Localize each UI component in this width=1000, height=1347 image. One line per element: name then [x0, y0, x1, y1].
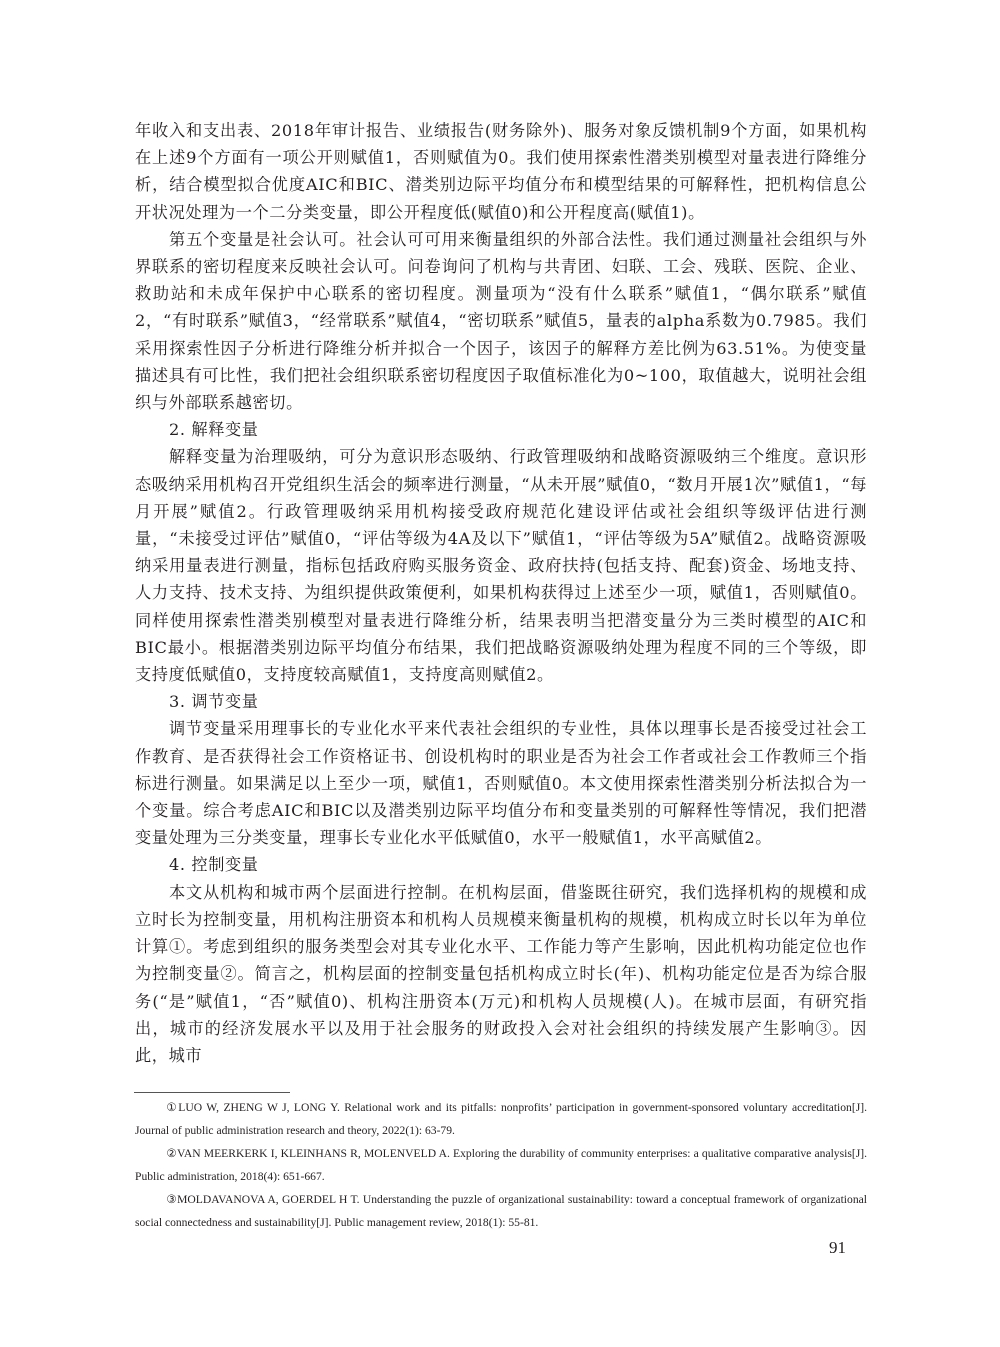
paragraph-information-disclosure: 年收入和支出表、2018年审计报告、业绩报告(财务除外)、服务对象反馈机制9个方…	[135, 117, 867, 226]
footnote-marker: ③	[166, 1193, 177, 1206]
footnote-text: LUO W, ZHENG W J, LONG Y. Relational wor…	[135, 1101, 867, 1137]
footnote-text: VAN MEERKERK I, KLEINHANS R, MOLENVELD A…	[135, 1147, 867, 1183]
footnote-separator	[134, 1092, 290, 1093]
footnotes: ①LUO W, ZHENG W J, LONG Y. Relational wo…	[135, 1096, 867, 1234]
footnote-1: ①LUO W, ZHENG W J, LONG Y. Relational wo…	[135, 1096, 867, 1142]
paragraph-control-variables: 本文从机构和城市两个层面进行控制。在机构层面，借鉴既往研究，我们选择机构的规模和…	[135, 879, 867, 1069]
section-heading-explanatory-variable: 2. 解释变量	[135, 416, 867, 443]
paragraph-social-recognition: 第五个变量是社会认可。社会认可可用来衡量组织的外部合法性。我们通过测量社会组织与…	[135, 226, 867, 416]
footnote-2: ②VAN MEERKERK I, KLEINHANS R, MOLENVELD …	[135, 1142, 867, 1188]
footnote-marker: ②	[166, 1147, 177, 1160]
paragraph-governance-absorption: 解释变量为治理吸纳，可分为意识形态吸纳、行政管理吸纳和战略资源吸纳三个维度。意识…	[135, 443, 867, 688]
footnote-text: MOLDAVANOVA A, GOERDEL H T. Understandin…	[135, 1193, 867, 1229]
page-number: 91	[829, 1238, 846, 1258]
footnote-3: ③MOLDAVANOVA A, GOERDEL H T. Understandi…	[135, 1188, 867, 1234]
section-heading-moderator-variable: 3. 调节变量	[135, 688, 867, 715]
body-text: 年收入和支出表、2018年审计报告、业绩报告(财务除外)、服务对象反馈机制9个方…	[135, 117, 867, 1069]
section-heading-control-variable: 4. 控制变量	[135, 851, 867, 878]
footnote-marker: ①	[166, 1101, 178, 1114]
paragraph-moderator: 调节变量采用理事长的专业化水平来代表社会组织的专业性，具体以理事长是否接受过社会…	[135, 715, 867, 851]
